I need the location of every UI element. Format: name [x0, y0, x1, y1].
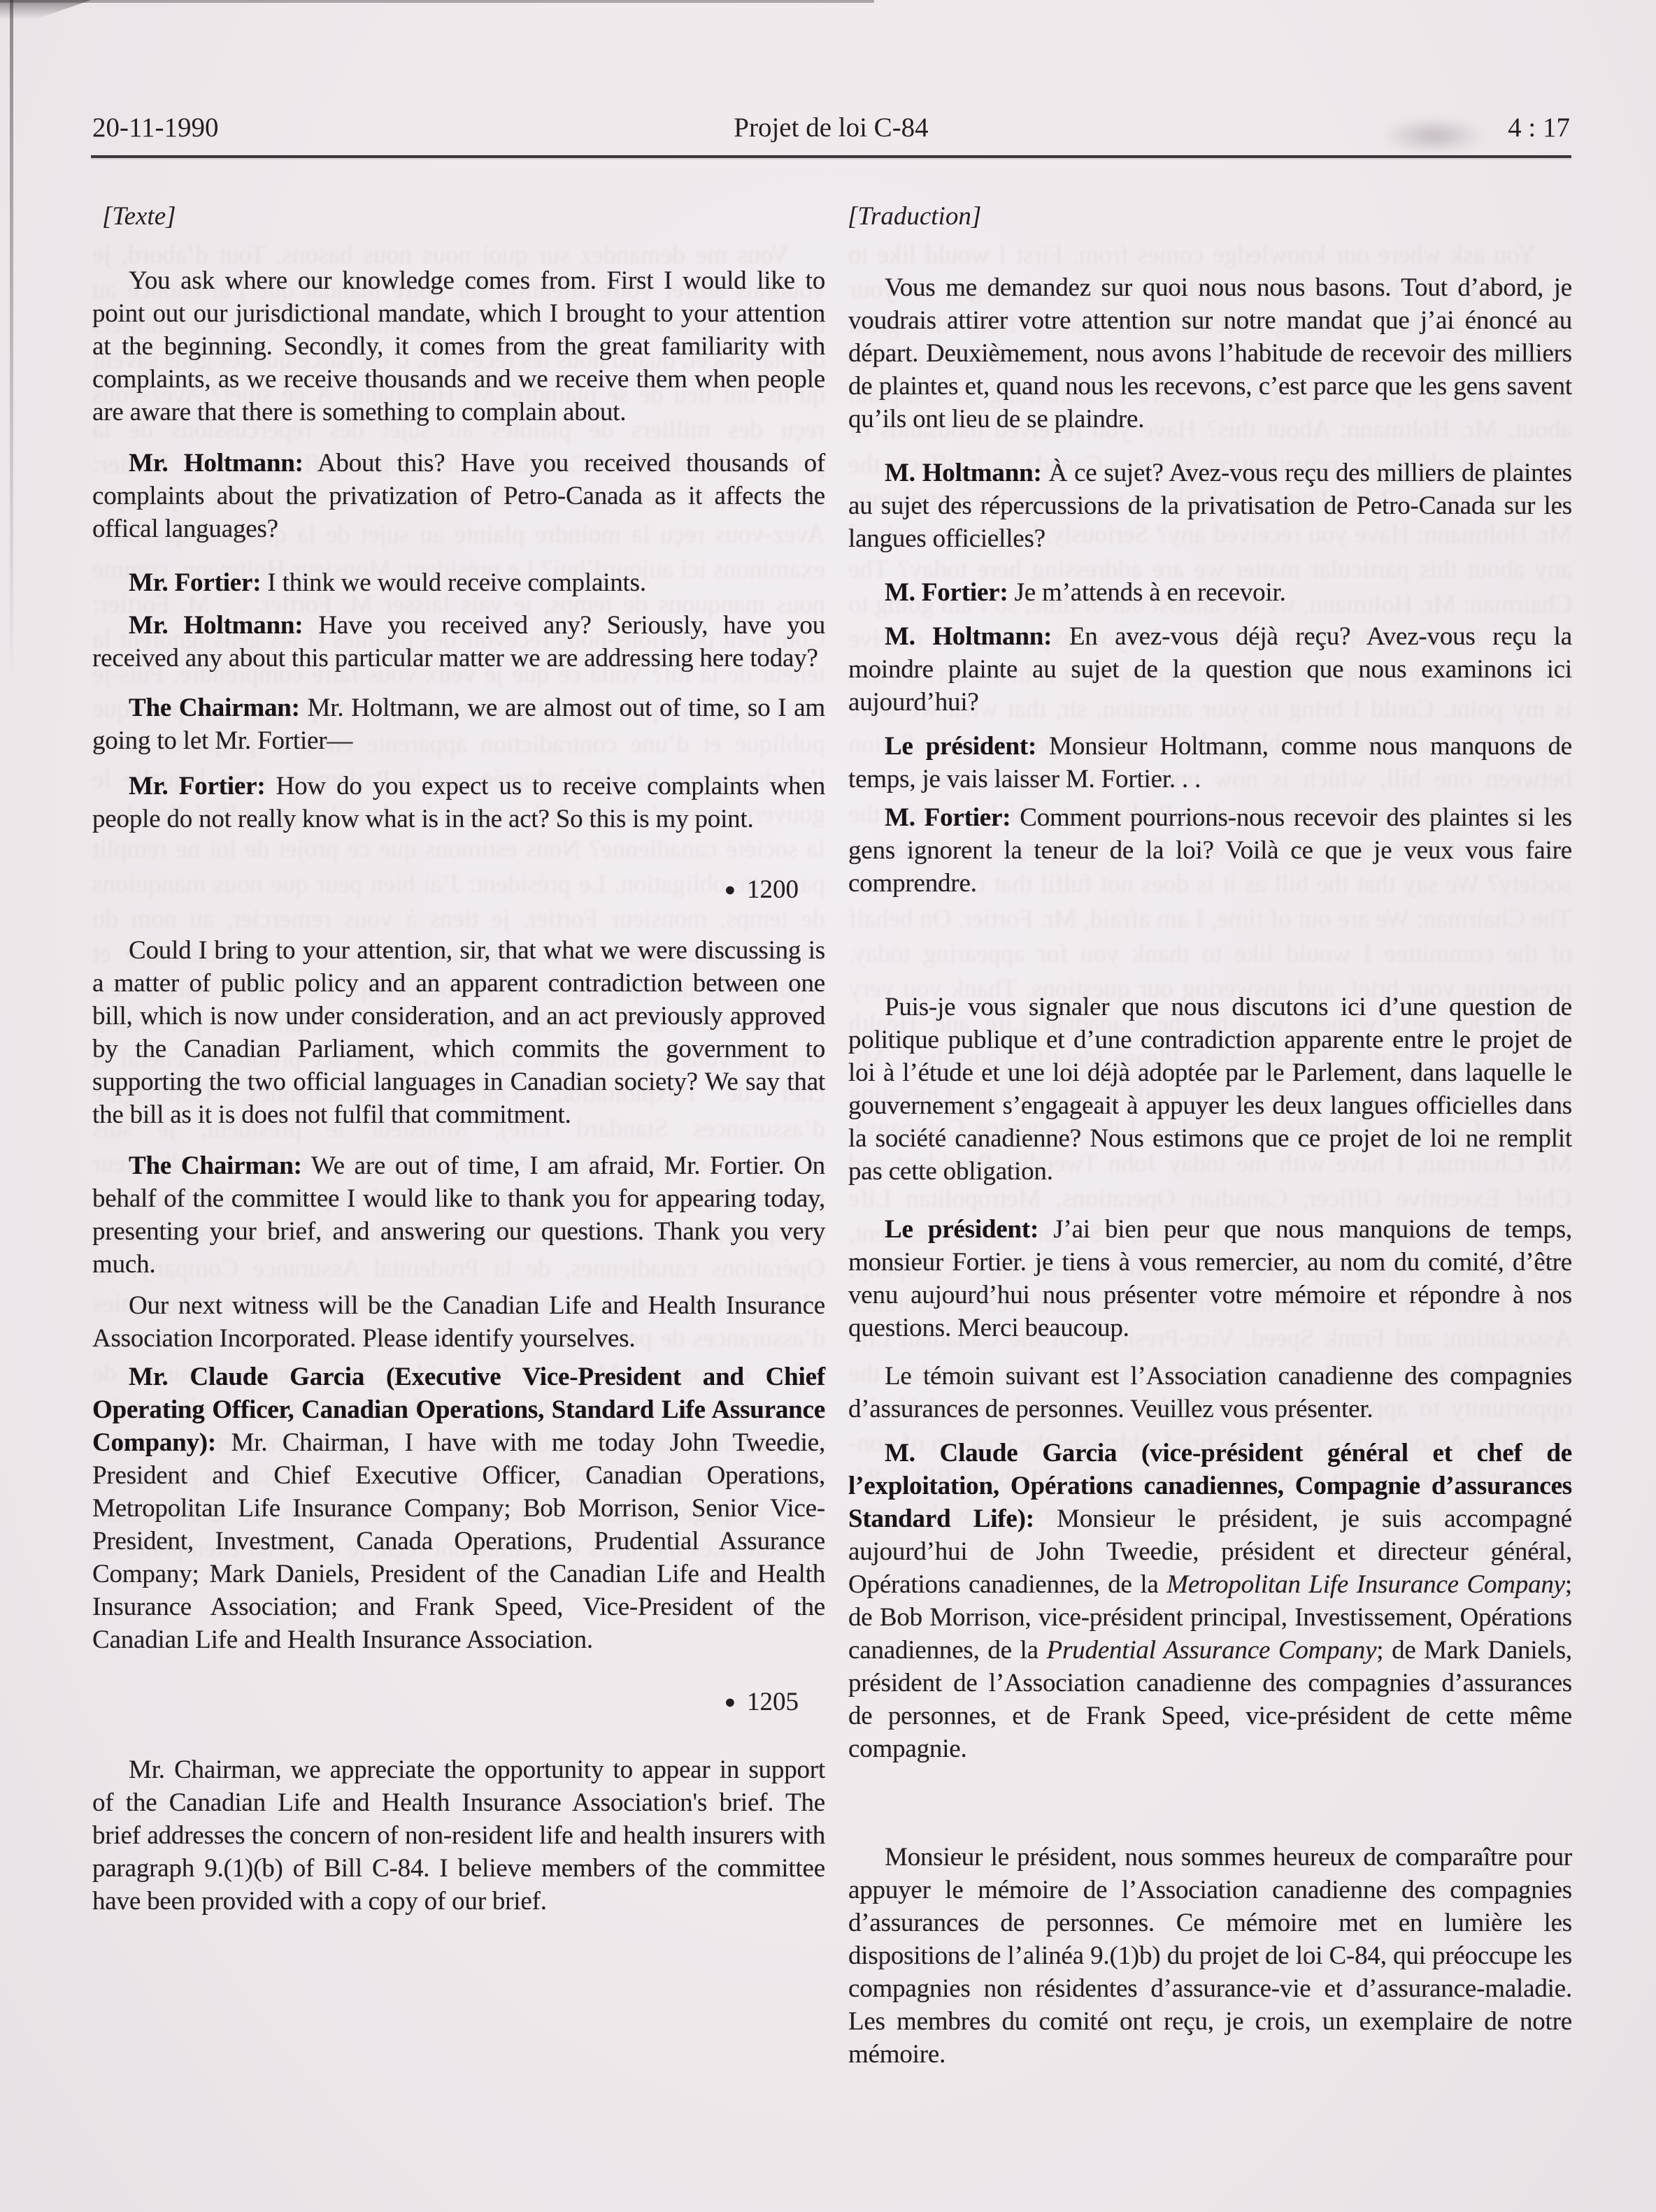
speaker-label: M. Fortier: — [885, 803, 1011, 832]
scan-edge-artifact-top — [0, 0, 874, 3]
scan-edge-artifact-left — [10, 0, 13, 685]
text-run: Our next witness will be the Canadian Li… — [92, 1291, 825, 1353]
paragraph: Mr. Holtmann: About this? Have you recei… — [92, 447, 825, 545]
paragraph: The Chairman: Mr. Holtmann, we are almos… — [92, 691, 825, 757]
paragraph: Le président: J’ai bien peur que nous ma… — [848, 1213, 1572, 1344]
paragraph: Puis-je vous signaler que nous discutons… — [848, 991, 1572, 1188]
header-divider-rule — [91, 155, 1571, 158]
column-label-traduction: [Traduction] — [848, 203, 981, 229]
text-run: You ask where our knowledge comes from. … — [92, 266, 825, 426]
speaker-label: Mr. Holtmann: — [129, 449, 304, 477]
paragraph: Mr. Claude Garcia (Executive Vice-Presid… — [92, 1360, 825, 1656]
bullet-icon: ● — [724, 879, 747, 900]
header-date: 20-11-1990 — [92, 114, 219, 141]
text-run: Mr. Chairman, we appreciate the opportun… — [92, 1755, 825, 1916]
speaker-label: Mr. Holtmann: — [129, 611, 303, 640]
speaker-label: Le président: — [885, 732, 1036, 761]
timestamp-value: 1205 — [747, 1688, 799, 1716]
speaker-label: M. Holtmann: — [885, 622, 1052, 651]
column-label-texte: [Texte] — [102, 203, 176, 229]
scanned-transcript-page: 20-11-1990 Projet de loi C-84 4 : 17 [Te… — [0, 0, 1656, 2212]
paragraph: You ask where our knowledge comes from. … — [92, 264, 825, 429]
text-run: Puis-je vous signaler que nous discutons… — [848, 993, 1572, 1186]
text-run: Le témoin suivant est l’Association cana… — [848, 1362, 1572, 1423]
text-run: Monsieur le président, nous sommes heure… — [848, 1843, 1572, 2069]
column-left-body: You ask where our knowledge comes from. … — [92, 264, 825, 1918]
speaker-label: Mr. Fortier: — [129, 772, 265, 800]
paragraph: Le témoin suivant est l’Association cana… — [848, 1360, 1572, 1425]
speaker-label: The Chairman: — [129, 694, 300, 722]
text-run: Could I bring to your attention, sir, th… — [92, 936, 825, 1129]
text-run: Mr. Chairman, I have with me today John … — [92, 1428, 825, 1654]
speaker-label: Le président: — [885, 1215, 1038, 1244]
text-run: I think we would receive complaints. — [261, 568, 646, 597]
paragraph: M. Fortier: Comment pourrions-nous recev… — [848, 801, 1572, 900]
text-run: Vous me demandez sur quoi nous nous baso… — [848, 273, 1572, 433]
timestamp-marker: ●1200 — [92, 873, 825, 906]
paragraph: Mr. Fortier: I think we would receive co… — [92, 566, 825, 599]
paragraph: M. Claude Garcia (vice-président général… — [848, 1437, 1572, 1765]
paragraph: Mr. Chairman, we appreciate the opportun… — [92, 1753, 825, 1918]
paragraph: Mr. Fortier: How do you expect us to rec… — [92, 770, 825, 835]
paragraph: M. Fortier: Je m’attends à en recevoir. — [848, 576, 1572, 609]
speaker-label: Mr. Fortier: — [129, 568, 261, 597]
paragraph: Monsieur le président, nous sommes heure… — [848, 1841, 1572, 2071]
header-title: Projet de loi C-84 — [92, 114, 1570, 141]
timestamp-marker: ●1205 — [92, 1686, 825, 1718]
column-right-body: Vous me demandez sur quoi nous nous baso… — [848, 271, 1572, 2071]
text-run: Je m’attends à en recevoir. — [1008, 578, 1286, 607]
column-right-traduction: You ask where our knowledge comes from. … — [848, 252, 1572, 2071]
speaker-label: M. Holtmann: — [885, 459, 1042, 487]
paragraph: M. Holtmann: À ce sujet? Avez-vous reçu … — [848, 457, 1572, 555]
company-name-italic: Metropolitan Life Insurance Company — [1166, 1570, 1565, 1599]
company-name-italic: Prudential Assurance Company — [1047, 1636, 1377, 1665]
page-header: 20-11-1990 Projet de loi C-84 4 : 17 — [92, 114, 1570, 141]
scan-corner-shadow — [0, 0, 91, 20]
paragraph: Could I bring to your attention, sir, th… — [92, 934, 825, 1131]
column-left-texte: Vous me demandez sur quoi nous nous baso… — [92, 252, 825, 1918]
paragraph: Vous me demandez sur quoi nous nous baso… — [848, 271, 1572, 436]
paragraph: The Chairman: We are out of time, I am a… — [92, 1149, 825, 1281]
paragraph: Mr. Holtmann: Have you received any? Ser… — [92, 609, 825, 675]
header-page-number: 4 : 17 — [1508, 114, 1570, 141]
paragraph: M. Holtmann: En avez-vous déjà reçu? Ave… — [848, 620, 1572, 719]
timestamp-value: 1200 — [747, 875, 799, 904]
paragraph: Our next witness will be the Canadian Li… — [92, 1289, 825, 1355]
speaker-label: M. Fortier: — [885, 578, 1008, 607]
speaker-label: The Chairman: — [129, 1151, 302, 1180]
paragraph: Le président: Monsieur Holtmann, comme n… — [848, 730, 1572, 796]
bullet-icon: ● — [724, 1691, 747, 1712]
